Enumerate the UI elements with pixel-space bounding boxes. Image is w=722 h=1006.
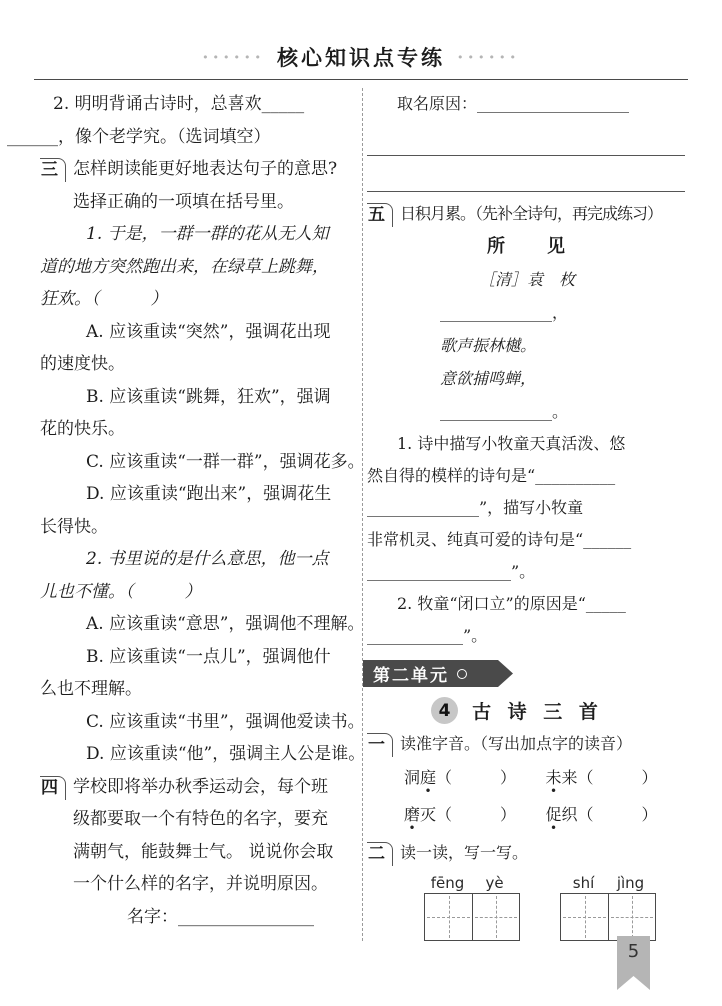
poem-author: ［清］袁 枚 xyxy=(367,264,687,296)
question2-line2: ______，像个老学究。（选词填空） xyxy=(7,121,357,154)
header-rule xyxy=(34,79,688,80)
dotted-char: 未• xyxy=(546,763,562,793)
poem-line-blank[interactable]: ______________。 xyxy=(440,395,687,428)
question2-line1: 2. 明明背诵古诗时，总喜欢_____ xyxy=(7,88,357,121)
naming-reason-block: 取名原因：___________________ xyxy=(367,88,687,198)
unit-two-banner-label: 第二单元 xyxy=(373,661,449,686)
section-four-marker: 四 xyxy=(40,776,66,800)
pronunciation-row: 磨•灭（ ） 促•织（ ） xyxy=(404,800,687,830)
poem-line: 歌声振林樾。 xyxy=(440,329,687,362)
workbook-page: •••••• 核心知识点专练 •••••• 2. 明明背诵古诗时，总喜欢____… xyxy=(0,0,722,1006)
word-cuzhi[interactable]: 促•织（ ） xyxy=(546,800,688,830)
naming-reason-blank[interactable]: 取名原因：___________________ xyxy=(367,88,687,120)
header-dots-left-icon: •••••• xyxy=(202,51,265,64)
unit-two-banner: 第二单元 xyxy=(363,660,513,687)
poem-title: 所 见 xyxy=(367,230,687,264)
sentence1-line: 道的地方突然跑出来，在绿草上跳舞， xyxy=(40,251,357,284)
word-dongting[interactable]: 洞庭•（ ） xyxy=(404,763,546,793)
option-c-line: C. 应该重读“书里”，强调他爱读书。 xyxy=(40,706,357,739)
section-three: 三 怎样朗读能更好地表达句子的意思? 选择正确的一项填在括号里。 1. 于是，一… xyxy=(40,153,357,771)
section-four: 四 学校即将举办秋季运动会，每个班 级都要取一个有特色的名字，要充 满朝气，能鼓… xyxy=(40,771,357,934)
page-number-bookmark: 5 xyxy=(617,936,650,990)
right-column: 取名原因：___________________ 五 日积月累。（先补全诗句，再… xyxy=(362,88,687,941)
option-b-line: 花的快乐。 xyxy=(40,413,357,446)
section-two-header: 读一读，写一写。 xyxy=(400,837,687,869)
option-a-line: A. 应该重读“突然”，强调花出现 xyxy=(40,316,357,349)
pinyin-labels: shí jìng xyxy=(560,873,656,893)
dotted-char: 庭• xyxy=(420,763,436,793)
section-five: 五 日积月累。（先补全诗句，再完成练习） 所 见 ［清］袁 枚 ________… xyxy=(367,198,687,652)
sentence1-line: 1. 于是，一群一群的花从无人知 xyxy=(40,218,357,251)
pinyin-label: jìng xyxy=(607,873,654,893)
left-column: 2. 明明背诵古诗时，总喜欢_____ ______，像个老学究。（选词填空） … xyxy=(40,88,362,941)
section-two-marker: 二 xyxy=(367,842,393,866)
section-one-header: 读准字音。（写出加点字的读音） xyxy=(400,728,687,760)
section-three-header-line2: 选择正确的一项填在括号里。 xyxy=(73,186,357,219)
option-d-line: 长得快。 xyxy=(40,511,357,544)
poem-question1-line[interactable]: 非常机灵、纯真可爱的诗句是“______ xyxy=(367,524,687,556)
writing-grid-shijing: shí jìng xyxy=(560,873,656,941)
poem-question2-line[interactable]: ____________”。 xyxy=(367,620,687,652)
poem-question1-line: 1. 诗中描写小牧童天真活泼、悠 xyxy=(367,428,687,460)
dotted-char: 促• xyxy=(546,800,562,830)
section-four-line: 满朝气，能鼓舞士气。 说说你会取 xyxy=(73,836,357,869)
poem-line: 意欲捕鸣蝉， xyxy=(440,362,687,395)
pinyin-label: fēng xyxy=(424,873,471,893)
header-dots-right-icon: •••••• xyxy=(457,51,520,64)
lesson-heading: 4 古 诗 三 首 xyxy=(347,697,687,724)
writing-grids: fēng yè shí jìng xyxy=(424,873,687,941)
pinyin-label: yè xyxy=(471,873,518,893)
pinyin-label: shí xyxy=(560,873,607,893)
section-two-writing: 二 读一读，写一写。 fēng yè xyxy=(367,837,687,941)
word-weilai[interactable]: 未•来（ ） xyxy=(546,763,688,793)
character-writing-grid[interactable] xyxy=(424,893,520,941)
answer-line[interactable] xyxy=(367,120,685,156)
character-writing-grid[interactable] xyxy=(560,893,656,941)
poem-line-blank[interactable]: ______________， xyxy=(440,296,687,329)
section-one-pronunciation: 一 读准字音。（写出加点字的读音） 洞庭•（ ） 未•来（ ） 磨•灭（ ） 促… xyxy=(367,728,687,830)
section-three-marker: 三 xyxy=(40,158,66,182)
pinyin-labels: fēng yè xyxy=(424,873,520,893)
poem-question1-line[interactable]: 然自得的模样的诗句是“__________ xyxy=(367,460,687,492)
section-four-line: 一个什么样的名字，并说明原因。 xyxy=(73,868,357,901)
word-char: 来 xyxy=(562,768,578,787)
section-five-header: 日积月累。（先补全诗句，再完成练习） xyxy=(400,198,687,230)
section-three-header-line1: 怎样朗读能更好地表达句子的意思? xyxy=(73,153,357,186)
writing-cell[interactable] xyxy=(608,894,655,940)
page-title: 核心知识点专练 xyxy=(277,42,445,72)
banner-ring-icon xyxy=(457,669,467,679)
poem-question2-line[interactable]: 2. 牧童“闭口立”的原因是“_____ xyxy=(367,588,687,620)
writing-cell[interactable] xyxy=(425,894,472,940)
option-a-line: A. 应该重读“意思”，强调他不理解。 xyxy=(40,608,357,641)
section-five-marker: 五 xyxy=(367,203,393,227)
writing-cell[interactable] xyxy=(472,894,519,940)
emphasis-dot-icon: • xyxy=(424,776,431,806)
option-d-line: D. 应该重读“他”，强调主人公是谁。 xyxy=(40,738,357,771)
lesson-title: 古 诗 三 首 xyxy=(472,697,603,724)
section-four-line: 级都要取一个有特色的名字，要充 xyxy=(73,803,357,836)
dotted-char: 磨• xyxy=(404,800,420,830)
option-d-line: D. 应该重读“跑出来”，强调花生 xyxy=(40,478,357,511)
pronunciation-row: 洞庭•（ ） 未•来（ ） xyxy=(404,763,687,793)
poem-question1-line[interactable]: __________________”。 xyxy=(367,556,687,588)
option-a-line: 的速度快。 xyxy=(40,348,357,381)
answer-parens[interactable]: （ ） xyxy=(436,805,516,824)
lesson-number-badge: 4 xyxy=(431,697,458,724)
answer-parens[interactable]: （ ） xyxy=(436,768,516,787)
writing-grid-fengye: fēng yè xyxy=(424,873,520,941)
name-fill-blank[interactable]: 名字：________________ xyxy=(127,901,357,934)
poem-question1-line[interactable]: ______________”，描写小牧童 xyxy=(367,492,687,524)
writing-cell[interactable] xyxy=(561,894,608,940)
word-char: 灭 xyxy=(420,805,436,824)
answer-line[interactable] xyxy=(367,156,685,192)
sentence2-answer-blank[interactable]: 儿也不懂。（ ） xyxy=(40,576,357,609)
word-char: 织 xyxy=(562,805,578,824)
sentence2-line: 2. 书里说的是什么意思，他一点 xyxy=(40,543,357,576)
option-b-line: 么也不理解。 xyxy=(40,673,357,706)
option-b-line: B. 应该重读“跳舞，狂欢”，强调 xyxy=(40,381,357,414)
sentence1-answer-blank[interactable]: 狂欢。（ ） xyxy=(40,283,357,316)
section-four-line: 学校即将举办秋季运动会，每个班 xyxy=(73,771,357,804)
page-number: 5 xyxy=(628,941,639,990)
option-b-line: B. 应该重读“一点儿”，强调他什 xyxy=(40,641,357,674)
option-c-line: C. 应该重读“一群一群”，强调花多。 xyxy=(40,446,357,479)
word-char: 洞 xyxy=(404,768,420,787)
section-one-marker: 一 xyxy=(367,733,393,757)
answer-parens[interactable]: （ ） xyxy=(578,768,658,787)
page-header: •••••• 核心知识点专练 •••••• xyxy=(0,0,722,72)
answer-parens[interactable]: （ ） xyxy=(578,805,658,824)
